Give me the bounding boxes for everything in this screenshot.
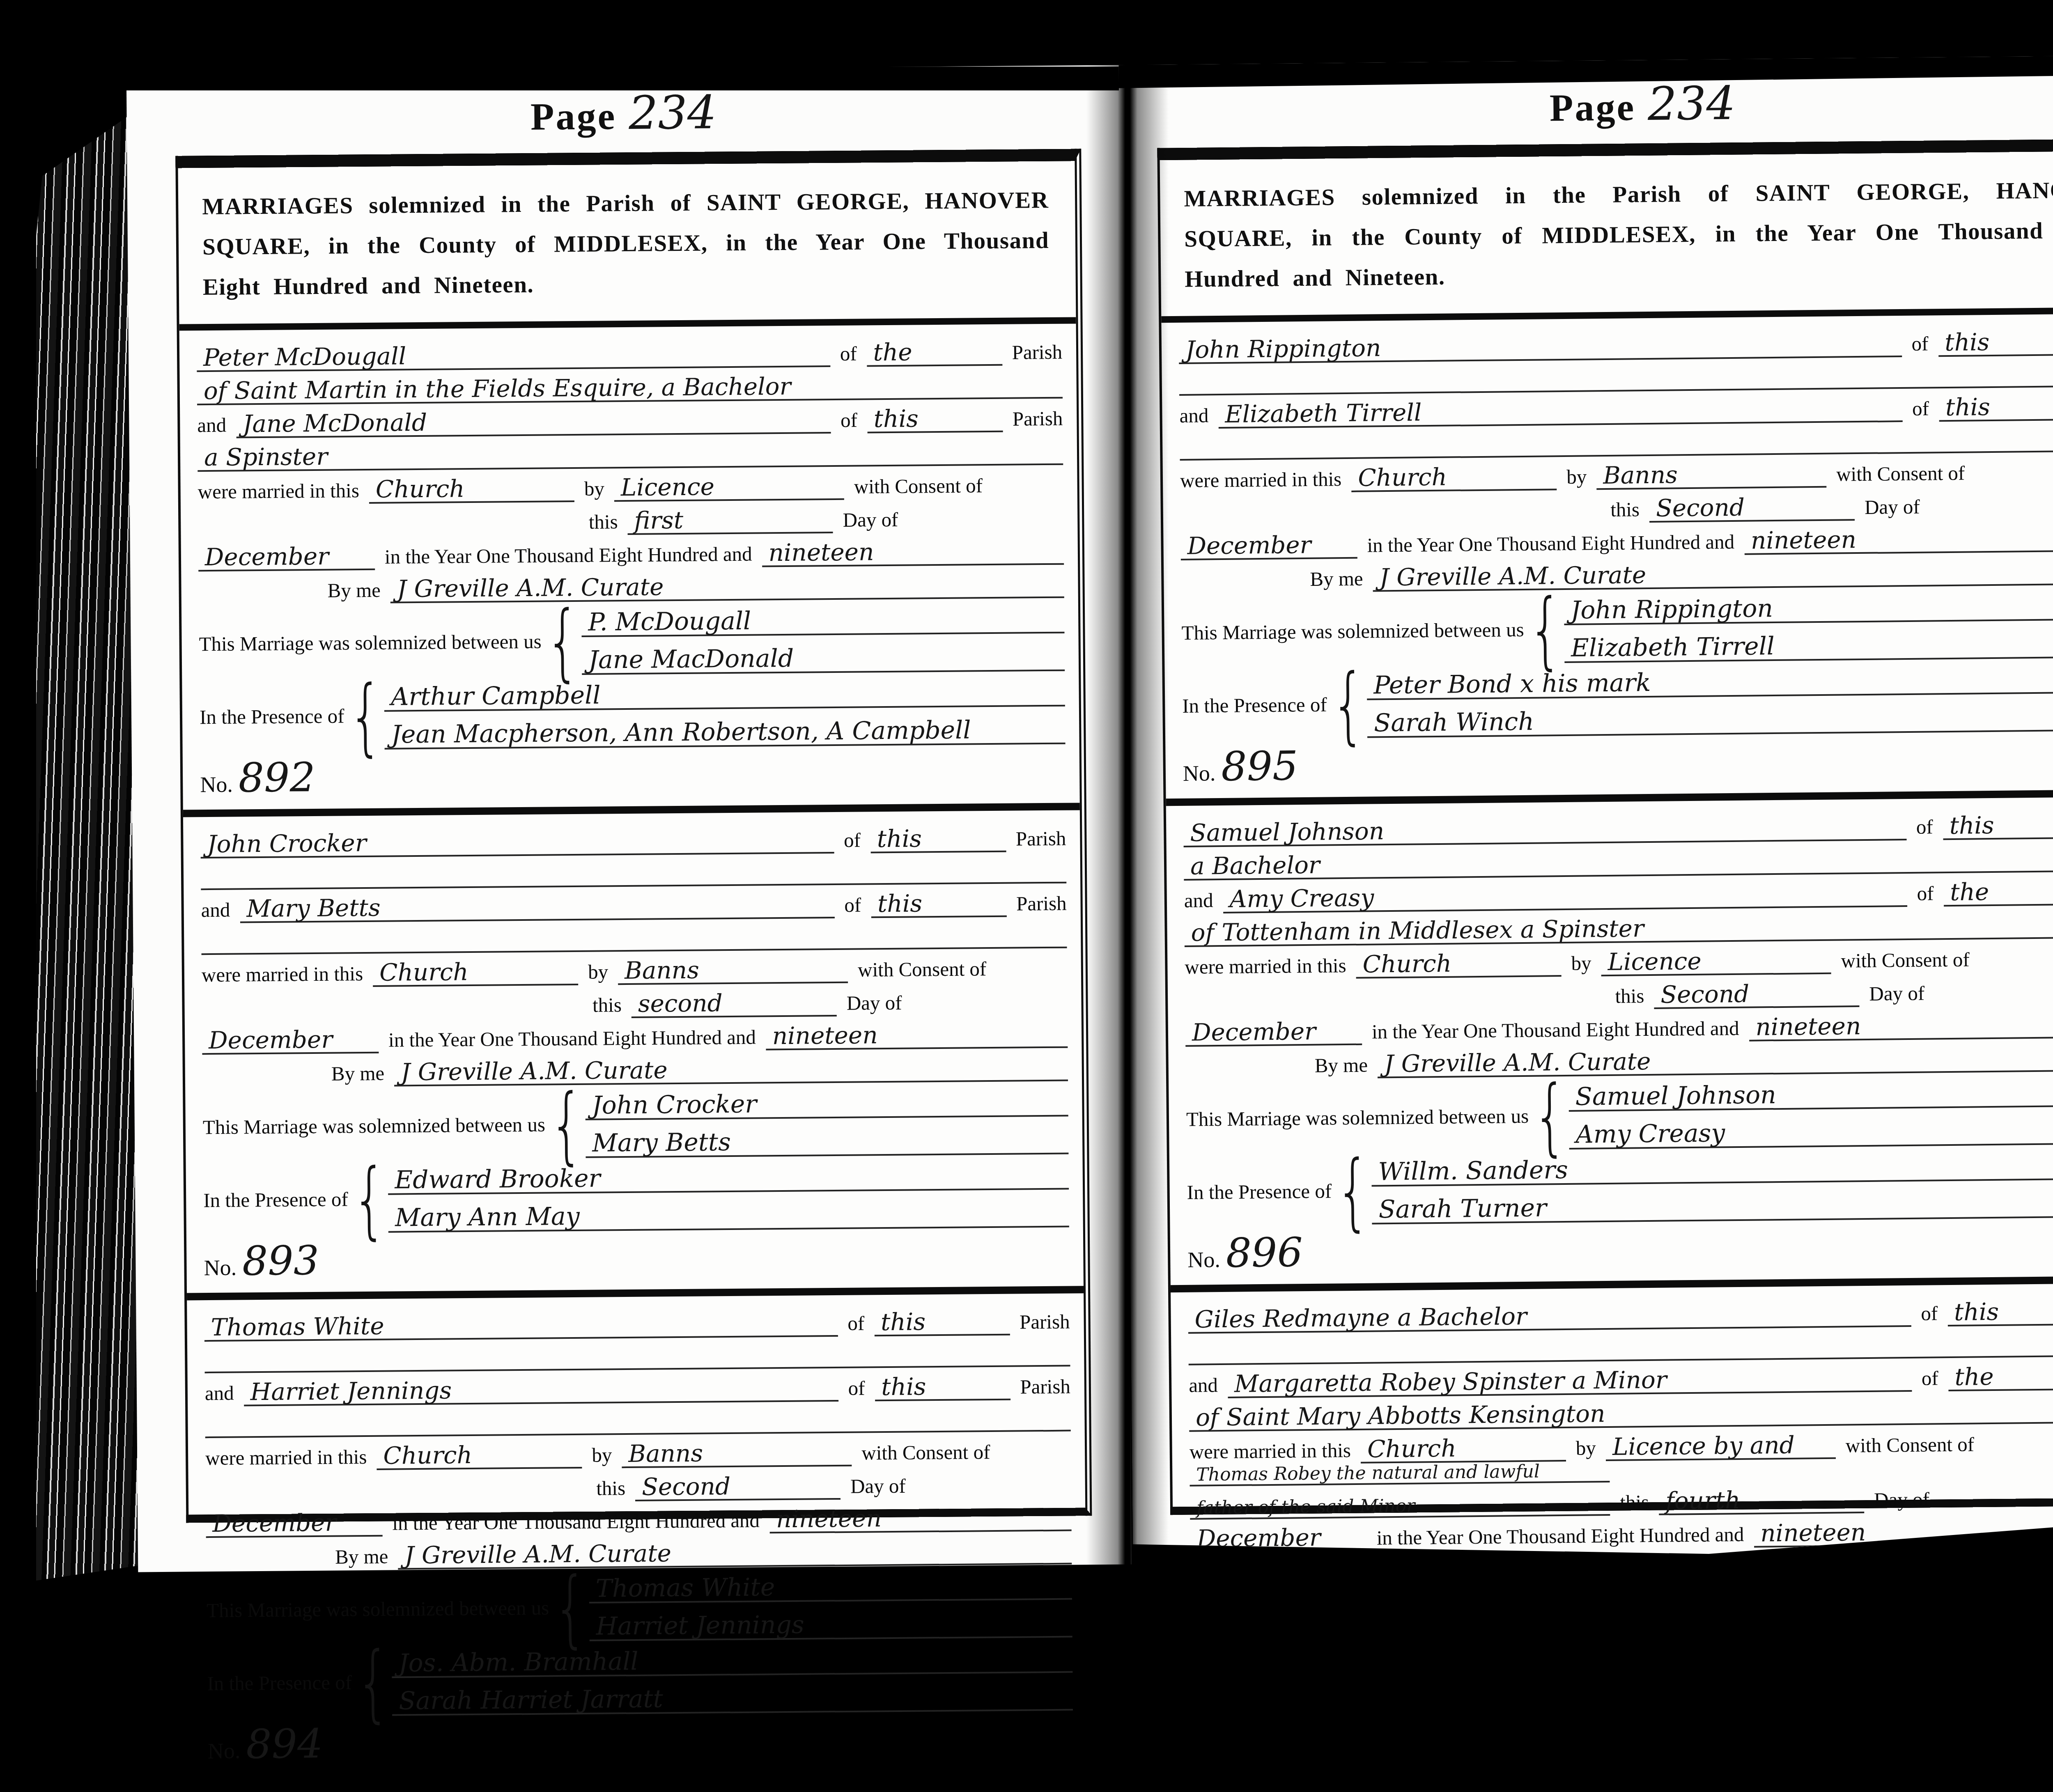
- entry-number-row: No. 896: [1187, 1225, 2053, 1274]
- witness-names-1: Peter Bond x his mark: [1373, 670, 1651, 698]
- place-line: Church: [1361, 1435, 1566, 1464]
- day-of-label: Day of: [1874, 1489, 1929, 1513]
- groom-detail-line: [1179, 362, 2053, 396]
- married-in-label: were married in this: [202, 964, 363, 988]
- this-label: this: [1620, 1492, 1649, 1516]
- by-me-label: By me: [331, 1063, 385, 1087]
- no-label: No.: [1183, 762, 1216, 788]
- groom-row: John Rippington of this Parish: [1179, 329, 2053, 364]
- register-header-text: MARRIAGES solemnized in the Parish of SA…: [202, 180, 1049, 307]
- groom-signature-line: John Rippington: [1564, 593, 2053, 625]
- presence-label: In the Presence of: [203, 1189, 348, 1214]
- groom-name-line: John Crocker: [200, 827, 834, 858]
- bride-signature-line: Elizabeth Tirrell: [1564, 631, 2053, 663]
- year-word-line: nineteen: [1754, 1518, 2053, 1548]
- entry-number: 893: [242, 1241, 319, 1281]
- groom-detail-row: of Saint Martin in the Fields Esquire, a…: [197, 372, 1063, 406]
- solemnized-label: This Marriage was solemnized between us: [203, 1114, 546, 1140]
- month: December: [1187, 533, 1311, 558]
- parish-label: Parish: [1012, 342, 1062, 366]
- day: second: [638, 991, 723, 1016]
- year-row: December in the Year One Thousand Eight …: [206, 1505, 1071, 1538]
- officiant-line: J Greville A.M. Curate: [398, 1538, 1072, 1570]
- day-row: this Second Day of: [206, 1472, 1071, 1505]
- place: Church: [376, 477, 465, 501]
- solemnized-label: This Marriage was solemnized between us: [1181, 620, 1524, 646]
- day-line: first: [627, 507, 833, 535]
- bride-signature: Elizabeth Tirrell: [1571, 634, 1775, 661]
- of-label: of: [844, 895, 861, 918]
- register-header-text: MARRIAGES solemnized in the Parish of SA…: [1184, 170, 2053, 300]
- groom-name-line: Samuel Johnson: [1183, 814, 1906, 847]
- groom-parish: this: [1949, 813, 1994, 837]
- bride-parish: this: [874, 407, 919, 431]
- bride-name-line: Margaretta Robey Spinster a Minor: [1228, 1365, 1912, 1398]
- marriage-entry-892: Peter McDougall of the Parish of Saint M…: [179, 324, 1080, 810]
- consent-label: with Consent of: [861, 1442, 990, 1466]
- signature-column: P. McDougall Jane MacDonald: [581, 606, 1065, 675]
- day-line: Second: [1649, 494, 1855, 523]
- no-label: No.: [200, 773, 233, 799]
- witness-column: Arthur Campbell Jean Macpherson, Ann Rob…: [384, 679, 1066, 750]
- officiant-line: J Greville A.M. Curate: [1378, 1045, 2053, 1078]
- month-line: December: [198, 544, 375, 571]
- method: Licence: [621, 475, 714, 499]
- page-number-heading: Page 234: [126, 87, 1121, 142]
- method: Banns: [628, 1441, 703, 1466]
- officiant: J Greville A.M. Curate: [401, 1058, 668, 1084]
- by-me-label: By me: [335, 1546, 388, 1570]
- by-label: by: [1571, 953, 1591, 976]
- consent-note-2: father of the said Minor: [1196, 1497, 1415, 1517]
- groom-parish: this: [1945, 330, 1990, 354]
- groom-detail-row: a Bachelor: [1184, 845, 2053, 881]
- groom-signature: John Rippington: [1571, 596, 1773, 623]
- month: December: [205, 544, 329, 569]
- year-label: in the Year One Thousand Eight Hundred a…: [1367, 532, 1734, 559]
- groom-name: Giles Redmayne a Bachelor: [1194, 1304, 1527, 1331]
- solemnized-label: This Marriage was solemnized between us: [199, 631, 542, 657]
- year-word: nineteen: [1760, 1520, 1866, 1545]
- bride-signature-line: Amy Creasy: [1569, 1117, 2053, 1150]
- month-line: December: [1185, 1019, 1362, 1047]
- bride-row: and Amy Creasy of the Parish: [1184, 879, 2053, 914]
- method-line: Licence: [1601, 948, 1831, 976]
- method: Licence by and: [1612, 1433, 1795, 1459]
- officiant-row: By me J Greville A.M. Curate: [198, 572, 1064, 605]
- month: December: [1197, 1526, 1321, 1551]
- groom-signature: Thomas White: [596, 1575, 775, 1599]
- day-row: this first Day of: [198, 505, 1063, 539]
- groom-row: John Crocker of this Parish: [200, 826, 1066, 859]
- groom-signature: John Crocker: [592, 1092, 757, 1118]
- bride-detail-line: of Tottenham in Middlesex a Spinster: [1184, 912, 2053, 947]
- marriage-entry-896: Samuel Johnson of this Parish a Bachelor…: [1166, 789, 2053, 1285]
- bride-parish-line: the: [1943, 879, 2053, 906]
- groom-name: Peter McDougall: [203, 344, 406, 369]
- year-label: in the Year One Thousand Eight Hundred a…: [392, 1510, 760, 1537]
- witness-column: Edward Brooker Mary Ann May: [388, 1163, 1069, 1233]
- place: Church: [379, 960, 468, 984]
- bride-signature-line: Jane MacDonald: [582, 644, 1065, 675]
- year-word-line: nineteen: [1744, 525, 2053, 555]
- married-in-label: were married in this: [198, 480, 360, 505]
- register-header-box: MARRIAGES solemnized in the Parish of SA…: [1160, 151, 2053, 323]
- and-label: and: [201, 900, 230, 924]
- spacer: [206, 1502, 586, 1505]
- officiant: J Greville A.M. Curate: [1389, 1556, 1656, 1582]
- entry-number: 895: [1221, 746, 1298, 787]
- bride-name: Margaretta Robey Spinster a Minor: [1234, 1368, 1667, 1396]
- method: Banns: [625, 958, 699, 982]
- bride-parish-line: this: [871, 891, 1006, 918]
- signature-column: Thomas White Harriet Jennings: [589, 1573, 1072, 1599]
- by-label: by: [1576, 1438, 1596, 1461]
- of-label: of: [1917, 883, 1934, 906]
- bride-name: Jane McDonald: [243, 411, 427, 436]
- witness-line-2: Mary Ann May: [388, 1200, 1069, 1233]
- witness-column: Peter Bond x his mark Sarah Winch: [1367, 666, 2053, 738]
- method-line: Licence by and: [1606, 1433, 1836, 1461]
- day: first: [634, 508, 683, 532]
- day-line: second: [632, 990, 837, 1018]
- by-me-label: By me: [327, 580, 381, 604]
- signature-column: Samuel Johnson Amy Creasy: [1568, 1079, 2053, 1150]
- bride-signature: Jane MacDonald: [588, 646, 794, 672]
- register-form: MARRIAGES solemnized in the Parish of SA…: [175, 149, 1092, 1523]
- parish-label: Parish: [1020, 1377, 1070, 1400]
- officiant-line: J Greville A.M. Curate: [394, 1055, 1068, 1087]
- groom-parish-line: this: [874, 1309, 1010, 1337]
- year-row: December in the Year One Thousand Eight …: [1190, 1518, 2053, 1553]
- groom-detail-row: [1179, 362, 2053, 396]
- this-label: this: [592, 995, 622, 1019]
- of-label: of: [1911, 334, 1928, 357]
- groom-detail-line: a Bachelor: [1184, 845, 2053, 881]
- of-label: of: [1922, 1368, 1938, 1391]
- year-word-line: nineteen: [1749, 1012, 2053, 1042]
- brace-glyph: {: [549, 1092, 584, 1159]
- officiant-row: By me J Greville A.M. Curate: [1181, 558, 2053, 594]
- brace-glyph: {: [545, 609, 580, 676]
- method-line: Banns: [1596, 461, 1827, 490]
- bride-signature-line: Mary Betts: [586, 1127, 1068, 1158]
- witness-line-2: Jean Macpherson, Ann Robertson, A Campbe…: [385, 717, 1066, 750]
- witness-line-1: Arthur Campbell: [384, 679, 1065, 712]
- married-row: were married in this Church by Banns wit…: [205, 1439, 1071, 1472]
- groom-row: Giles Redmayne a Bachelor of this Parish: [1188, 1299, 2053, 1334]
- year-row: December in the Year One Thousand Eight …: [1185, 1012, 2053, 1047]
- witness-line-2: Sarah Turner: [1372, 1190, 2053, 1225]
- of-label: of: [847, 1313, 864, 1337]
- day-row: father of the said Minor this fourth Day…: [1190, 1485, 2053, 1520]
- consent-label: with Consent of: [858, 959, 986, 983]
- signatures-row: This Marriage was solemnized between us …: [202, 1090, 1068, 1161]
- page-number: 234: [1647, 80, 1736, 127]
- brace-glyph: {: [553, 1575, 588, 1599]
- register-form: MARRIAGES solemnized in the Parish of SA…: [1157, 138, 2053, 1515]
- groom-parish-line: this: [1943, 812, 2053, 840]
- and-label: and: [197, 415, 226, 439]
- groom-name: Samuel Johnson: [1190, 819, 1384, 845]
- place-line: Church: [1356, 950, 1562, 979]
- consent-label: with Consent of: [854, 475, 983, 500]
- bride-row: and Elizabeth Tirrell of this Parish: [1179, 394, 2053, 429]
- year-word: nineteen: [768, 540, 874, 564]
- bride-parish: this: [881, 1374, 926, 1399]
- spacer: [1186, 1079, 1305, 1080]
- groom-detail-row: [201, 859, 1066, 890]
- this-label: this: [1610, 499, 1640, 523]
- groom-signature-line: Thomas White: [589, 1573, 1072, 1599]
- day-of-label: Day of: [850, 1476, 906, 1500]
- of-label: of: [840, 410, 857, 434]
- bride-signature: Mary Betts: [592, 1130, 731, 1156]
- groom-detail-line: of Saint Martin in the Fields Esquire, a…: [197, 372, 1063, 406]
- no-label: No.: [1187, 1248, 1220, 1274]
- witness-names-2: Sarah Turner: [1378, 1196, 1547, 1222]
- day-row: this second Day of: [202, 989, 1067, 1022]
- day-row: this Second Day of: [1180, 492, 2053, 527]
- bride-parish: this: [1945, 395, 1991, 419]
- groom-row: Peter McDougall of the Parish: [197, 339, 1062, 372]
- groom-name-line: Peter McDougall: [197, 341, 830, 372]
- brace-glyph: {: [1537, 1590, 1573, 1599]
- year-word: nineteen: [1751, 528, 1856, 552]
- witnesses-row: In the Presence of { Edward Brooker Mary…: [203, 1163, 1069, 1234]
- spacer: [1191, 1585, 1310, 1586]
- by-me-label: By me: [1310, 569, 1363, 592]
- book-fore-edge: [36, 86, 139, 1581]
- of-label: of: [1912, 399, 1929, 422]
- groom-parish: this: [877, 826, 922, 851]
- day-row: this Second Day of: [1185, 978, 2053, 1014]
- by-me-label: By me: [1319, 1561, 1373, 1585]
- consent-label: with Consent of: [1841, 950, 1970, 974]
- place: Church: [1367, 1436, 1456, 1461]
- day-line: Second: [1654, 981, 1860, 1009]
- bride-name-line: Amy Creasy: [1223, 881, 1907, 913]
- this-label: this: [1615, 986, 1644, 1010]
- place: Church: [383, 1443, 472, 1468]
- bride-name: Harriet Jennings: [250, 1379, 452, 1404]
- bride-row: and Jane McDonald of this Parish: [197, 406, 1063, 439]
- consent-note-line-1: Thomas Robey the natural and lawful: [1190, 1462, 1610, 1487]
- bride-detail-row: [205, 1407, 1070, 1439]
- spacer: [206, 1570, 325, 1571]
- entry-number-row: No. 895: [1183, 738, 2053, 788]
- place-line: Church: [369, 476, 574, 504]
- witness-line-2: Sarah Winch: [1367, 704, 2053, 738]
- day-of-label: Day of: [1869, 983, 1924, 1007]
- bride-detail-row: [201, 924, 1067, 955]
- day: fourth: [1665, 1488, 1741, 1513]
- signature-column: John Crocker Mary Betts: [585, 1090, 1068, 1158]
- bride-row: and Harriet Jennings of this Parish: [205, 1374, 1070, 1407]
- year-word-line: nineteen: [766, 1022, 1068, 1051]
- groom-parish-line: this: [1938, 329, 2053, 357]
- groom-detail-line: [201, 859, 1066, 890]
- married-row: were married in this Church by Licence w…: [197, 472, 1063, 505]
- of-label: of: [1916, 817, 1933, 840]
- of-label: of: [848, 1378, 865, 1402]
- entry-number-row: No. 893: [204, 1235, 1070, 1283]
- day-of-label: Day of: [843, 509, 898, 533]
- by-label: by: [1566, 467, 1587, 490]
- witnesses-row: In the Presence of { Peter Bond x his ma…: [1182, 666, 2053, 740]
- groom-name: Thomas White: [211, 1314, 384, 1339]
- page-word: Page: [530, 94, 617, 139]
- groom-parish: the: [873, 340, 912, 365]
- consent-label: with Consent of: [1846, 1434, 1975, 1459]
- groom-signature: Giles Redmayne: [1580, 1589, 1782, 1599]
- groom-detail-row: [1188, 1332, 2053, 1365]
- year-row: December in the Year One Thousand Eight …: [202, 1022, 1068, 1055]
- married-row: were married in this Church by Licence w…: [1185, 945, 2053, 980]
- bride-parish-line: this: [875, 1374, 1010, 1402]
- married-in-label: were married in this: [205, 1447, 367, 1471]
- register-scan: Page 234 MARRIAGES solemnized in the Par…: [0, 0, 2053, 1599]
- groom-detail: of Saint Martin in the Fields Esquire, a…: [204, 374, 791, 403]
- bride-parish-line: the: [1948, 1364, 2053, 1391]
- day-of-label: Day of: [1865, 497, 1920, 521]
- groom-name: John Crocker: [207, 831, 366, 856]
- day-of-label: Day of: [847, 993, 902, 1016]
- witness-line-1: Edward Brooker: [388, 1163, 1069, 1195]
- officiant-line: J Greville A.M. Curate: [1382, 1551, 2053, 1585]
- month-line: December: [1190, 1525, 1367, 1553]
- bride-detail-row: a Spinster: [197, 439, 1063, 472]
- groom-name-line: John Rippington: [1179, 331, 1902, 364]
- by-me-label: By me: [1315, 1055, 1368, 1079]
- bride-parish: the: [1954, 1365, 1994, 1389]
- married-in-label: were married in this: [1180, 469, 1342, 494]
- parish-label: Parish: [1013, 408, 1063, 432]
- by-label: by: [588, 962, 608, 985]
- brace-glyph: {: [1532, 1083, 1568, 1151]
- by-label: by: [584, 479, 604, 502]
- bride-detail-line: of Saint Mary Abbotts Kensington: [1189, 1397, 2053, 1432]
- officiant: J Greville A.M. Curate: [397, 575, 664, 601]
- signatures-row: This Marriage was solemnized between us …: [1191, 1585, 2053, 1599]
- page-right: Page 234 MARRIAGES solemnized in the Par…: [1118, 55, 2053, 1581]
- bride-detail-line: [201, 924, 1067, 955]
- bride-row: and Margaretta Robey Spinster a Minor of…: [1189, 1363, 2053, 1399]
- groom-parish-line: this: [870, 826, 1006, 854]
- day: Second: [1656, 496, 1745, 520]
- groom-detail-line: [204, 1342, 1070, 1374]
- bride-detail-row: of Tottenham in Middlesex a Spinster: [1184, 912, 2053, 947]
- witnesses-row: In the Presence of { Arthur Campbell Jea…: [199, 679, 1065, 751]
- place-line: Church: [373, 959, 578, 987]
- of-label: of: [844, 830, 861, 854]
- year-word: nineteen: [1755, 1014, 1861, 1039]
- and-label: and: [1189, 1375, 1218, 1399]
- spacer: [202, 1087, 321, 1088]
- brace-glyph: {: [352, 1167, 387, 1234]
- no-label: No.: [204, 1257, 237, 1283]
- bride-row: and Mary Betts of this Parish: [201, 890, 1066, 924]
- by-label: by: [592, 1445, 612, 1468]
- officiant-row: By me J Greville A.M. Curate: [1190, 1551, 2053, 1586]
- marriage-entry-895: John Rippington of this Parish and Eliza…: [1161, 313, 2053, 798]
- method-line: Licence: [614, 474, 844, 502]
- witness-line-1: Willm. Sanders: [1371, 1152, 2053, 1187]
- witnesses-row: In the Presence of { Willm. Sanders Sara…: [1187, 1152, 2053, 1226]
- groom-parish: this: [1954, 1300, 1999, 1324]
- officiant-row: By me J Greville A.M. Curate: [202, 1055, 1068, 1088]
- parish-label: Parish: [1020, 1312, 1070, 1335]
- groom-signature-line: P. McDougall: [581, 606, 1064, 637]
- bride-detail-line: [1180, 427, 2053, 461]
- marriage-entry-897: Giles Redmayne a Bachelor of this Parish…: [1171, 1276, 2053, 1599]
- witness-names-2: Sarah Winch: [1374, 709, 1534, 736]
- bride-name: Elizabeth Tirrell: [1225, 400, 1422, 426]
- bride-detail: of Tottenham in Middlesex a Spinster: [1191, 916, 1644, 945]
- bride-detail-line: a Spinster: [197, 439, 1063, 472]
- day: Second: [642, 1474, 730, 1499]
- groom-row: Samuel Johnson of this Parish: [1183, 812, 2053, 847]
- year-word: nineteen: [772, 1023, 878, 1048]
- and-label: and: [205, 1383, 234, 1407]
- entry-number: 892: [238, 757, 315, 798]
- spacer: [202, 1019, 583, 1021]
- and-label: and: [1179, 405, 1208, 429]
- month: December: [209, 1028, 333, 1052]
- married-in-label: were married in this: [1185, 955, 1346, 980]
- married-row: were married in this Church by Banns wit…: [202, 955, 1067, 989]
- bride-name-line: Jane McDonald: [236, 407, 831, 438]
- spacer: [198, 535, 579, 538]
- month: December: [212, 1511, 336, 1535]
- bride-detail-row: [1180, 427, 2053, 461]
- brace-glyph: {: [1331, 672, 1366, 739]
- register-header-box: MARRIAGES solemnized in the Parish of SA…: [178, 161, 1076, 330]
- groom-row: Thomas White of this Parish: [204, 1309, 1070, 1342]
- year-word-line: nineteen: [762, 539, 1064, 567]
- bride-name-line: Harriet Jennings: [243, 1375, 838, 1406]
- witness-names-2: Mary Ann May: [395, 1204, 580, 1230]
- of-label: of: [840, 344, 857, 367]
- solemnized-label: This Marriage was solemnized between us: [1186, 1106, 1529, 1132]
- method-line: Banns: [618, 957, 848, 985]
- this-label: this: [596, 1478, 625, 1502]
- and-label: and: [1184, 890, 1213, 914]
- bride-parish: the: [1950, 880, 1989, 904]
- year-label: in the Year One Thousand Eight Hundred a…: [1377, 1524, 1744, 1551]
- officiant: J Greville A.M. Curate: [1379, 563, 1646, 589]
- year-label: in the Year One Thousand Eight Hundred a…: [388, 1027, 756, 1053]
- marriage-entry-894: Thomas White of this Parish and Harriet …: [187, 1286, 1087, 1599]
- spacer: [199, 604, 318, 605]
- consent-note-line-2: father of the said Minor: [1190, 1491, 1610, 1520]
- officiant-row: By me J Greville A.M. Curate: [206, 1538, 1072, 1572]
- groom-name-line: Thomas White: [204, 1310, 838, 1342]
- groom-name: John Rippington: [1185, 336, 1381, 362]
- month: December: [1192, 1019, 1316, 1044]
- year-word-line: nineteen: [769, 1505, 1072, 1534]
- spacer: [1181, 592, 1300, 594]
- officiant-line: J Greville A.M. Curate: [1373, 558, 2053, 592]
- witness-column: Willm. Sanders Sarah Turner: [1371, 1152, 2053, 1225]
- year-label: in the Year One Thousand Eight Hundred a…: [385, 544, 752, 570]
- groom-name-line: Giles Redmayne a Bachelor: [1188, 1301, 1911, 1334]
- officiant-line: J Greville A.M. Curate: [390, 572, 1064, 603]
- bride-name: Mary Betts: [246, 896, 381, 921]
- year-row: December in the Year One Thousand Eight …: [198, 539, 1064, 572]
- parish-label: Parish: [1016, 893, 1067, 917]
- method-line: Banns: [622, 1440, 852, 1468]
